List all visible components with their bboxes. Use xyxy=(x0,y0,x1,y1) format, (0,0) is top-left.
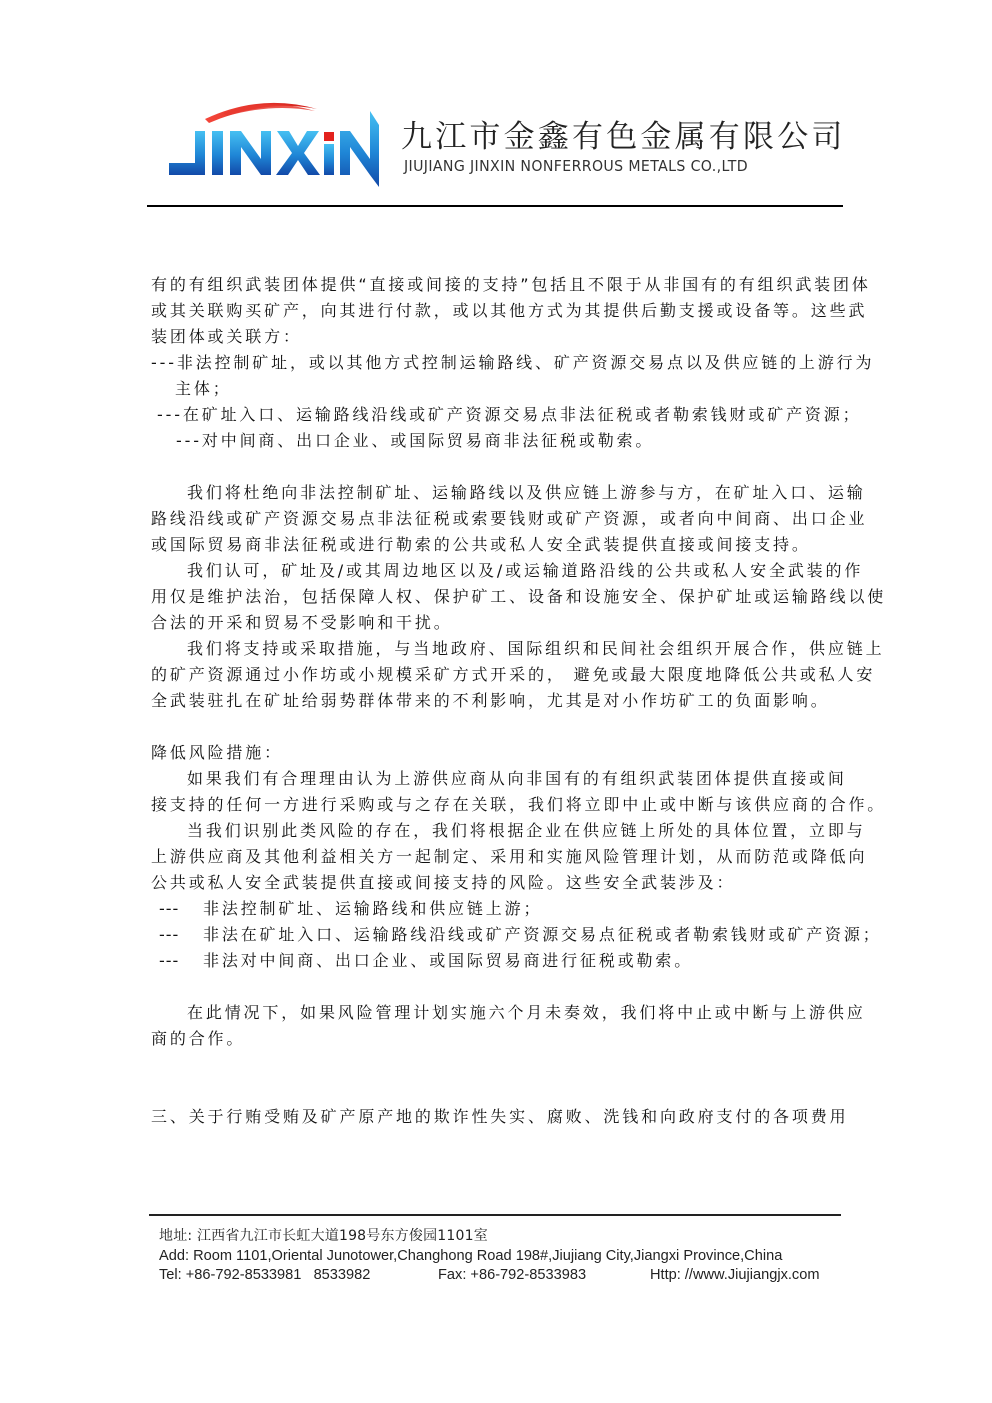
telephone: Tel: +86-792-8533981 8533982 xyxy=(159,1267,370,1283)
paragraph-line: 我们将杜绝向非法控制矿址、运输路线以及供应链上游参与方，在矿址入口、运输 xyxy=(151,480,846,506)
paragraph-line: 我们认可，矿址及/或其周边地区以及/或运输道路沿线的公共或私人安全武装的作 xyxy=(151,558,846,584)
company-name-en: JIUJIANG JINXIN NONFERROUS METALS CO.,LT… xyxy=(404,156,748,176)
paragraph-line: 我们将支持或采取措施，与当地政府、国际组织和民间社会组织开展合作，供应链上 xyxy=(151,636,846,662)
risk-item-text: 非法对中间商、出口企业、或国际贸易商进行征税或勒索。 xyxy=(203,951,693,970)
intro-line: 有的有组织武装团体提供“直接或间接的支持”包括且不限于从非国有的有组织武装团体 xyxy=(151,272,846,298)
spacer xyxy=(151,974,846,1000)
risk-heading: 降低风险措施： xyxy=(151,740,846,766)
footer-divider xyxy=(149,1214,841,1216)
company-name-cn: 九江市金鑫有色金属有限公司 xyxy=(401,117,846,157)
dash-list-item: ---对中间商、出口企业、或国际贸易商非法征税或勒索。 xyxy=(151,428,846,454)
header-divider xyxy=(147,205,843,207)
section-heading: 三、关于行贿受贿及矿产原产地的欺诈性失实、腐败、洗钱和向政府支付的各项费用 xyxy=(151,1104,846,1130)
paragraph-line: 如果我们有合理理由认为上游供应商从向非国有的有组织武装团体提供直接或间 xyxy=(151,766,846,792)
spacer xyxy=(151,454,846,480)
address-en: Add: Room 1101,Oriental Junotower,Changh… xyxy=(159,1247,849,1267)
letterhead-footer: 地址: 江西省九江市长虹大道198号东方俊园1101室 Add: Room 11… xyxy=(159,1227,849,1286)
paragraph-line: 或国际贸易商非法征税或进行勒索的公共或私人安全武装提供直接或间接支持。 xyxy=(151,532,846,558)
dash-marker: --- xyxy=(159,896,203,922)
risk-item-text: 非法在矿址入口、运输路线沿线或矿产资源交易点征税或者勒索钱财或矿产资源； xyxy=(203,925,882,944)
fax: Fax: +86-792-8533983 xyxy=(438,1266,586,1286)
risk-list-item: ---非法对中间商、出口企业、或国际贸易商进行征税或勒索。 xyxy=(151,948,846,974)
paragraph-line: 商的合作。 xyxy=(151,1026,846,1052)
paragraph-line: 接支持的任何一方进行采购或与之存在关联，我们将立即中止或中断与该供应商的合作。 xyxy=(151,792,846,818)
risk-item-text: 非法控制矿址、运输路线和供应链上游； xyxy=(203,899,542,918)
paragraph-line: 全武装驻扎在矿址给弱势群体带来的不利影响，尤其是对小作坊矿工的负面影响。 xyxy=(151,688,846,714)
intro-line: 装团体或关联方： xyxy=(151,324,846,350)
risk-list-item: ---非法在矿址入口、运输路线沿线或矿产资源交易点征税或者勒索钱财或矿产资源； xyxy=(151,922,846,948)
contact-row: Tel: +86-792-8533981 8533982 Fax: +86-79… xyxy=(159,1266,849,1286)
address-cn: 地址: 江西省九江市长虹大道198号东方俊园1101室 xyxy=(159,1227,849,1247)
jinxin-logo xyxy=(165,95,390,187)
intro-line: 或其关联购买矿产，向其进行付款，或以其他方式为其提供后勤支援或设备等。这些武 xyxy=(151,298,846,324)
spacer xyxy=(151,714,846,740)
paragraph-line: 用仅是维护法治，包括保障人权、保护矿工、设备和设施安全、保护矿址或运输路线以使 xyxy=(151,584,846,610)
spacer xyxy=(151,1052,846,1104)
document-body: 有的有组织武装团体提供“直接或间接的支持”包括且不限于从非国有的有组织武装团体 … xyxy=(151,272,846,1130)
paragraph-line: 当我们识别此类风险的存在，我们将根据企业在供应链上所处的具体位置，立即与 xyxy=(151,818,846,844)
risk-list-item: ---非法控制矿址、运输路线和供应链上游； xyxy=(151,896,846,922)
paragraph-line: 的矿产资源通过小作坊或小规模采矿方式开采的， 避免或最大限度地降低公共或私人安 xyxy=(151,662,846,688)
dash-list-item: ---在矿址入口、运输路线沿线或矿产资源交易点非法征税或者勒索钱财或矿产资源； xyxy=(151,402,846,428)
dash-marker: --- xyxy=(159,922,203,948)
dash-list-item: ---非法控制矿址，或以其他方式控制运输路线、矿产资源交易点以及供应链的上游行为 xyxy=(151,350,846,376)
website-link[interactable]: Http: //www.Jiujiangjx.com xyxy=(650,1266,820,1286)
dash-list-item-continuation: 主体； xyxy=(151,376,846,402)
paragraph-line: 上游供应商及其他利益相关方一起制定、采用和实施风险管理计划，从而防范或降低向 xyxy=(151,844,846,870)
paragraph-line: 在此情况下，如果风险管理计划实施六个月未奏效，我们将中止或中断与上游供应 xyxy=(151,1000,846,1026)
letterhead: 九江市金鑫有色金属有限公司 JIUJIANG JINXIN NONFERROUS… xyxy=(0,0,992,215)
dash-marker: --- xyxy=(159,948,203,974)
paragraph-line: 公共或私人安全武装提供直接或间接支持的风险。这些安全武装涉及： xyxy=(151,870,846,896)
paragraph-line: 合法的开采和贸易不受影响和干扰。 xyxy=(151,610,846,636)
paragraph-line: 路线沿线或矿产资源交易点非法征税或索要钱财或矿产资源，或者向中间商、出口企业 xyxy=(151,506,846,532)
